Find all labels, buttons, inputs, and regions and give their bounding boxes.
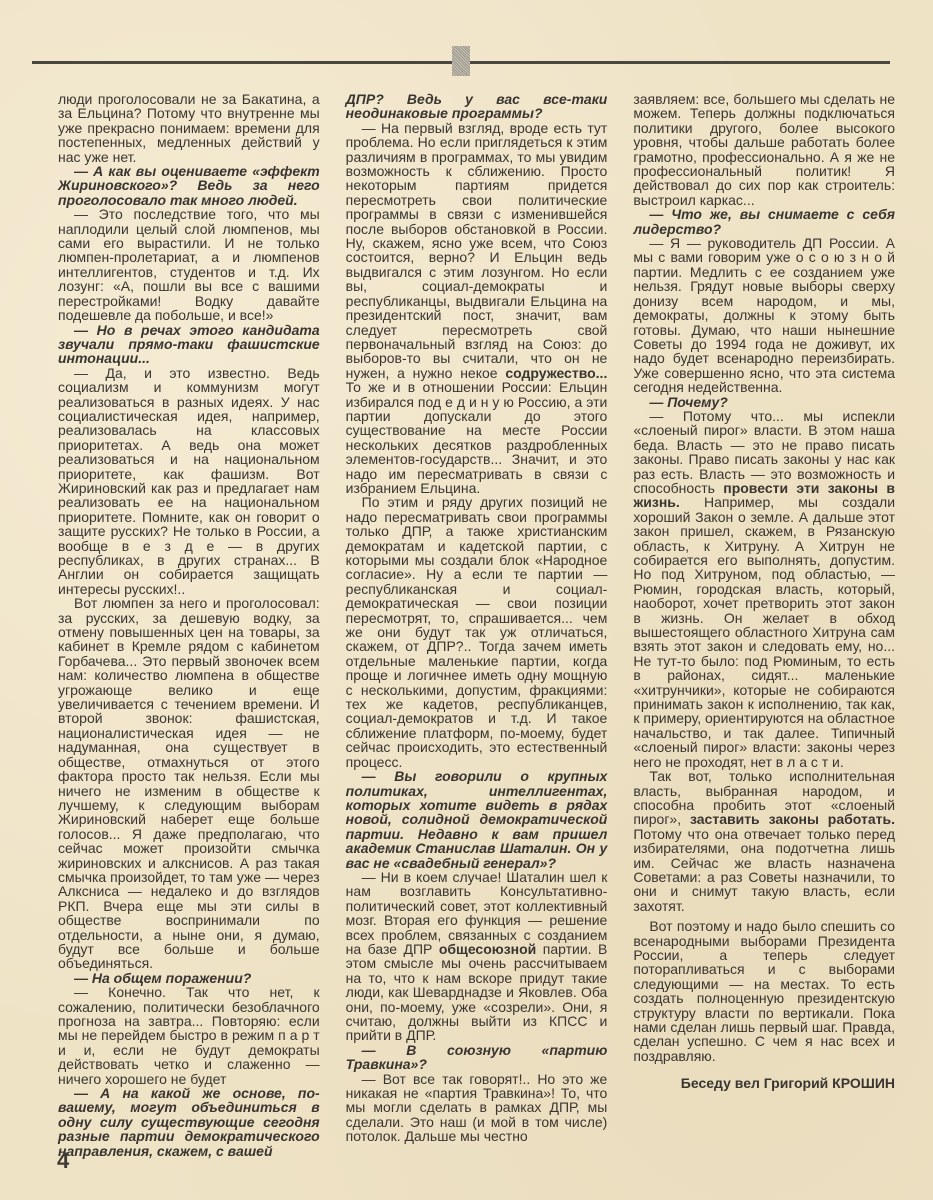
interview-answer: люди проголосовали не за Бакатина, а за … — [58, 92, 320, 164]
paragraph-text: — А на какой же основе, по-вашему, могут… — [58, 1085, 320, 1159]
interview-question: — Вы говорили о крупных политиках, интел… — [346, 769, 608, 870]
interview-answer: — Ни в коем случае! Шаталин шел к нам во… — [346, 870, 608, 1043]
interview-question: ДПР? Ведь у вас все-таки неодинаковые пр… — [346, 92, 608, 121]
author-signature: Беседу вел Григорий КРОШИН — [633, 1075, 895, 1091]
column-1: люди проголосовали не за Бакатина, а за … — [58, 92, 320, 1158]
interview-question: — Что же, вы снимаете с себя лидерство? — [633, 207, 895, 236]
header-rule-ornament — [452, 46, 470, 76]
paragraph-text: Например, мы создали хороший Закон о зем… — [633, 494, 895, 769]
paragraph-text: — Вы говорили о крупных политиках, интел… — [346, 768, 608, 870]
paragraph-text: — Я — руководитель ДП России. А мы с вам… — [633, 235, 895, 395]
header-rule-right — [470, 61, 890, 64]
paragraph-text: — Да, и это известно. Ведь социализм и к… — [58, 365, 320, 597]
interview-answer: Так вот, только исполнительная власть, в… — [633, 769, 895, 913]
paragraph-text: — Но в речах этого кандидата звучали пря… — [58, 322, 320, 367]
paragraph-text: — Конечно. Так что нет, к сожалению, пол… — [58, 984, 320, 1086]
interview-answer: — Потому что... мы испекли «слоеный пиро… — [633, 409, 895, 769]
paragraph-text: — В союзную «партию Травкина»? — [346, 1042, 608, 1072]
paragraph-text: ДПР? Ведь у вас все-таки неодинаковые пр… — [346, 91, 608, 121]
interview-answer: — Да, и это известно. Ведь социализм и к… — [58, 366, 320, 597]
paragraph-text: — На первый взгляд, вроде есть тут пробл… — [346, 120, 608, 381]
article-body: люди проголосовали не за Бакатина, а за … — [58, 92, 895, 1158]
column-3: заявляем: все, большего мы сделать не мо… — [633, 92, 895, 1158]
interview-question: — Почему? — [633, 395, 895, 409]
paragraph-text: — Это последствие того, что мы наплодили… — [58, 206, 320, 323]
paragraph-text: То же и в отношении России: Ельцин избир… — [346, 379, 608, 496]
column-2: ДПР? Ведь у вас все-таки неодинаковые пр… — [346, 92, 608, 1158]
paragraph-text: Вот поэтому и надо было спешить со всена… — [633, 918, 895, 1064]
paragraph-text: заявляем: все, большего мы сделать не мо… — [633, 91, 895, 208]
paragraph-text: По этим и ряду других позиций не надо пе… — [346, 494, 608, 769]
interview-question: — Но в речах этого кандидата звучали пря… — [58, 323, 320, 366]
interview-answer: заявляем: все, большего мы сделать не мо… — [633, 92, 895, 207]
paragraph-text: — Что же, вы снимаете с себя лидерство? — [633, 206, 895, 236]
interview-answer: По этим и ряду других позиций не надо пе… — [346, 495, 608, 769]
interview-answer: — Конечно. Так что нет, к сожалению, пол… — [58, 985, 320, 1086]
paragraph-text: люди проголосовали не за Бакатина, а за … — [58, 91, 320, 165]
interview-question: — А как вы оцениваете «эффект Жириновско… — [58, 164, 320, 207]
interview-answer: — Это последствие того, что мы наплодили… — [58, 207, 320, 322]
interview-question: — В союзную «партию Травкина»? — [346, 1043, 608, 1072]
interview-answer: — На первый взгляд, вроде есть тут пробл… — [346, 121, 608, 496]
interview-answer: Вот люмпен за него и проголосовал: за ру… — [58, 596, 320, 971]
interview-answer: — Вот все так говорят!.. Но это же никак… — [346, 1072, 608, 1144]
header-rule-left — [32, 61, 452, 64]
paragraph-text: партии. В этом смысле мы очень рассчитыв… — [346, 941, 608, 1043]
paragraph-text: Потому что она отвечает только перед изб… — [633, 826, 895, 914]
paragraph-text: — Вот все так говорят!.. Но это же никак… — [346, 1071, 608, 1145]
interview-question: — На общем поражении? — [58, 971, 320, 985]
page-number: 4 — [57, 1148, 69, 1174]
interview-question: — А на какой же основе, по-вашему, могут… — [58, 1086, 320, 1158]
paragraph-text: Вот люмпен за него и проголосовал: за ру… — [58, 595, 320, 971]
interview-answer: — Я — руководитель ДП России. А мы с вам… — [633, 236, 895, 394]
paragraph-text: — А как вы оцениваете «эффект Жириновско… — [58, 163, 320, 208]
interview-answer: Вот поэтому и надо было спешить со всена… — [633, 919, 895, 1063]
